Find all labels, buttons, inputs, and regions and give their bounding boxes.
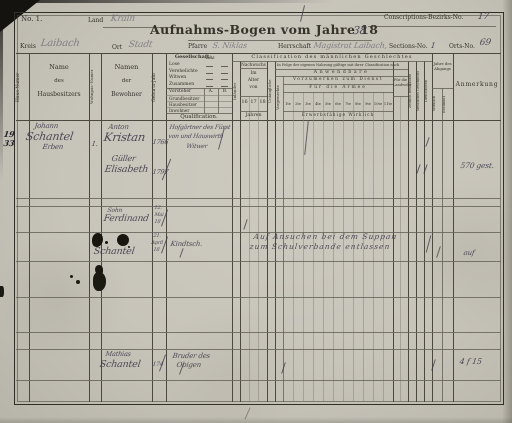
entry-qualification-l2: Obigen xyxy=(176,361,202,369)
entry-owner-line1: Johann xyxy=(34,122,59,130)
armee-col: 5te xyxy=(323,103,333,107)
nachwuchs-alter-l2: Alter xyxy=(240,79,267,84)
entry-name-line1: Güller xyxy=(111,154,136,163)
kreis-value: Laibach xyxy=(40,38,80,49)
entry-birth-l3: 18 xyxy=(153,247,160,253)
entry-name-line2: Elisabeth xyxy=(104,164,149,175)
entry-anmerkung: 4 f 15 xyxy=(459,357,482,366)
ink-spatter xyxy=(70,275,73,278)
grid-line-h xyxy=(16,206,501,207)
entry-owner-line3: Erben xyxy=(42,143,64,151)
col-bewohner-l1: Namen xyxy=(101,64,152,71)
entry-birth-l2: Mai xyxy=(154,212,164,218)
landwehr-header: Für die Landwehr xyxy=(393,78,408,87)
ruled-dash xyxy=(206,79,213,80)
entry-qualification-l3: Witwer xyxy=(186,143,208,150)
entry-owner-line2: Schantel xyxy=(25,130,74,143)
entry-birth-year: 1766 xyxy=(152,138,169,146)
entry-birth-l1: 12. xyxy=(154,205,162,211)
ruled-dash xyxy=(221,73,228,74)
orts-value: 69 xyxy=(479,38,491,48)
armee-col: 3te xyxy=(303,103,313,107)
gesellschaft-row: Zusammen xyxy=(169,83,194,88)
conscription-underline xyxy=(368,26,496,27)
grid-line-h xyxy=(16,349,501,350)
herrschaft-label: Herrschaft xyxy=(278,44,311,51)
gesellschaft-col-a: A. xyxy=(204,90,218,95)
entry-qualification-l1: Hofgärtner des Fürst xyxy=(169,124,231,131)
grid-line-h xyxy=(16,198,501,199)
gesellschaft-subrow: Hausbesitzer xyxy=(169,103,197,108)
entry-anmerkung: 570 gest. xyxy=(460,161,495,170)
col-inlaender: Inländer xyxy=(232,64,240,118)
form-title: Aufnahms-Bogen vom Jahre 18 xyxy=(150,23,358,37)
ort-value: Stadt xyxy=(128,40,153,50)
entry-name-line2: Kristan xyxy=(103,130,146,144)
armee-col: 1te xyxy=(283,103,293,107)
grid-line-h xyxy=(240,68,267,69)
scan-edge-top xyxy=(0,0,512,3)
nachwuchs-title: Nachwuchs xyxy=(240,63,267,68)
entry-name: Schantel xyxy=(93,246,135,257)
col-vorgemerkte: Vorgemerkte xyxy=(275,78,283,118)
scan-edge-left xyxy=(0,0,3,180)
land-label: Land xyxy=(88,18,103,25)
ruled-dash xyxy=(206,73,213,74)
ruled-dash xyxy=(206,86,213,87)
entry-birth-l2: April xyxy=(151,240,163,246)
grid-line-v xyxy=(400,96,401,402)
nachwuchs-age: 18 xyxy=(258,100,267,106)
entry-anmerkung: auf xyxy=(463,249,475,257)
gesellschaft-vorsteher: Vorsteher xyxy=(169,90,191,95)
entry-qualification-l1: Bruder des xyxy=(172,352,211,360)
ruled-dash xyxy=(221,79,228,80)
ruled-dash xyxy=(221,86,228,87)
nachwuchs-age: 16 xyxy=(240,100,249,106)
armee-col: 7te xyxy=(343,103,353,107)
grid-line-v xyxy=(442,88,443,402)
orts-label: Orts-No. xyxy=(449,44,475,51)
gesellschaft-footer: Qualification. xyxy=(166,114,232,120)
grid-line-h xyxy=(393,96,408,97)
entry-note-line1: Auf Ansuchen bei dem Suppan xyxy=(253,232,398,241)
nachwuchs-age: 17 xyxy=(249,100,258,106)
gesellschaft-col-b: B. xyxy=(218,90,232,95)
armee-col: 4te xyxy=(313,103,323,107)
margin-note: 33 xyxy=(3,138,15,148)
grid-line-h xyxy=(16,332,501,333)
herrschaft-value: Magistrat Laibach, xyxy=(313,41,388,50)
pfarre-label: Pfarre xyxy=(188,44,207,51)
entry-note-line2: zum Schulverbande entlassen xyxy=(249,242,391,251)
ink-blot xyxy=(93,272,106,291)
abgang-col-bestimmt: Bestimmt xyxy=(442,90,453,118)
gesellschaft-row: Witwen xyxy=(169,76,186,81)
classification-title: Classification des männlichen Geschlecht… xyxy=(232,55,432,61)
class-strip4: Für die Armee xyxy=(283,86,393,91)
col-untaugliche: Untaugliche xyxy=(267,64,275,118)
kreis-label: Kreis xyxy=(20,44,36,51)
ink-blot xyxy=(117,234,129,246)
class-strip3: Vorzumerken zum Dienst xyxy=(283,78,393,83)
armee-col: 10te xyxy=(373,103,383,107)
col-hausbesitzer-l2: des xyxy=(29,78,89,84)
col-haus-numer: Haus-Numer xyxy=(16,56,29,118)
col-bewohner-l2: der xyxy=(101,78,152,84)
col-bewohner-l3: Bewohner xyxy=(101,92,152,99)
conscription-label: Conscriptions-Bezirks-No. xyxy=(384,15,463,22)
conscription-value: 17 xyxy=(477,12,489,22)
pen-stroke-bottom xyxy=(244,407,250,419)
armee-col: 11te xyxy=(383,103,393,107)
nachwuchs-alter-l1: Im xyxy=(240,72,267,77)
entry-name-line2: Schantel xyxy=(99,359,141,370)
ruled-dash xyxy=(221,66,228,67)
ink-spatter xyxy=(76,280,80,284)
armee-col: 9te xyxy=(363,103,373,107)
sheet-number: No. 1. xyxy=(21,16,42,24)
armee-col: 8te xyxy=(353,103,363,107)
col-weiblich: Weibliches Geschlecht xyxy=(416,64,424,118)
armee-col: 6te xyxy=(333,103,343,107)
scan-margin-mark xyxy=(0,286,4,297)
col-wohnpartei: Wohnpar.-Numer xyxy=(89,55,101,118)
gesellschaft-zahl: Zahl xyxy=(202,56,218,60)
col-beurlaubte: Zeitlich Beurlaubte xyxy=(408,64,416,118)
grid-line-h xyxy=(240,96,267,97)
col-dienstboten: Dienstboten xyxy=(424,64,432,118)
armee-col: 2te xyxy=(293,103,303,107)
col-geburtsjahr: Geburts-Jahr xyxy=(152,56,166,118)
scan-edge-bottom xyxy=(0,417,512,423)
gesellschaft-subrow: Grundbesitzer xyxy=(169,97,199,102)
land-value: Krain xyxy=(110,14,135,24)
entry-birth-l1: 21. xyxy=(153,233,161,239)
pfarre-value: S. Niklas xyxy=(212,41,248,50)
ort-label: Ort xyxy=(112,45,122,52)
col-hausbesitzer-l1: Name xyxy=(29,64,89,71)
col-hausbesitzer-l3: Hausbesitzers xyxy=(29,92,89,99)
sections-label: Sections-No. xyxy=(389,44,428,51)
class-strip2: Anwendbare xyxy=(275,70,408,75)
entry-name-line1: Mathias xyxy=(105,350,131,358)
scanned-census-sheet: No. 1. Land Krain Conscriptions-Bezirks-… xyxy=(0,0,512,423)
nachwuchs-jahren: Jahren xyxy=(240,113,267,118)
entry-partei-no: 1. xyxy=(91,140,98,148)
class-strip1: In Folge der eigenen Nahrung gültige mit… xyxy=(277,63,395,67)
abgang-title: Jahre des Abgangs xyxy=(432,62,453,72)
gesellschaft-row: Lose xyxy=(169,63,180,68)
abgang-col-wirklich: Wirklich xyxy=(432,90,442,118)
gesellschaft-subrow: Inwohner xyxy=(169,109,189,114)
ruled-dash xyxy=(206,66,213,67)
grid-line-h xyxy=(432,88,453,89)
grid-line-h xyxy=(283,92,393,93)
gesellschaft-row: Verehelichte xyxy=(169,70,198,75)
grid-line-h xyxy=(16,297,501,298)
anmerkung-header: Anmerkung xyxy=(453,82,501,89)
grid-line-h xyxy=(16,261,501,262)
ink-spatter xyxy=(105,241,108,244)
armee-footer: Erwerbsfähige Wirklich xyxy=(283,113,393,118)
entry-name-line2: Ferdinand xyxy=(103,214,149,224)
entry-birth-l3: 18 xyxy=(154,219,161,225)
entry-name-line1: Sohn xyxy=(107,207,123,214)
nachwuchs-alter-l3: von xyxy=(240,86,267,91)
form-title-year: 38 xyxy=(352,24,367,37)
entry-qualification-l2: von und Hauswirth xyxy=(168,133,224,140)
grid-line-h xyxy=(16,380,501,381)
entry-qualification: Kindtsch. xyxy=(170,240,203,248)
